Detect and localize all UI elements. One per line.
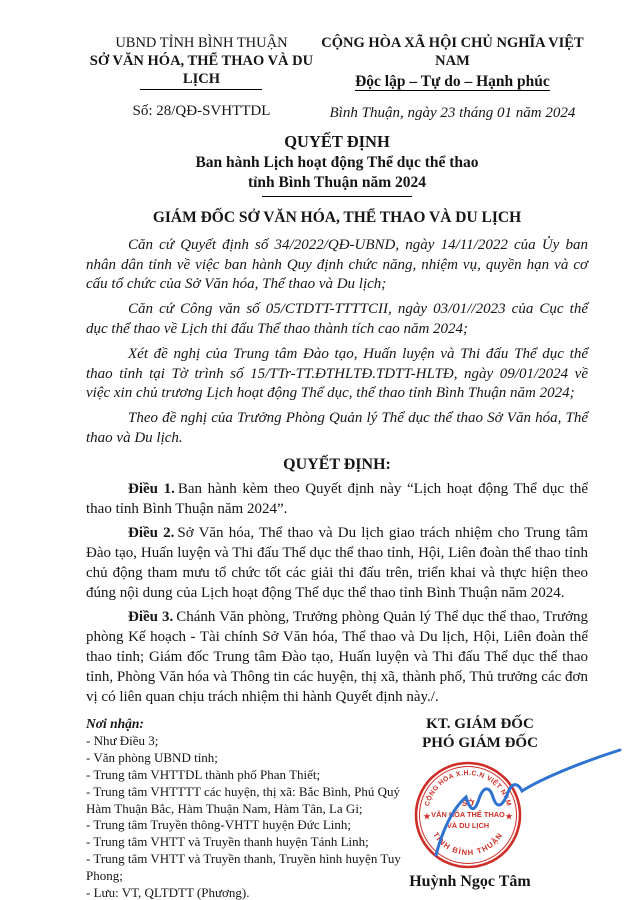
- signer-authority-line: KT. GIÁM ĐỐC: [408, 715, 552, 734]
- preamble-section: Căn cứ Quyết định số 34/2022/QĐ-UBND, ng…: [86, 236, 588, 449]
- place-date-line: Bình Thuận, ngày 23 tháng 01 năm 2024: [317, 105, 588, 122]
- document-number: Số: 28/QĐ-SVHTTDL: [86, 103, 317, 120]
- article-3: Điều 3.Chánh Văn phòng, Trưởng phòng Quả…: [86, 608, 588, 707]
- signer-name: Huỳnh Ngọc Tâm: [398, 873, 542, 891]
- stamp-seal-icon: CỘNG HÒA X.H.C.N VIỆT NAM TỈNH BÌNH THUẬ…: [412, 759, 524, 871]
- document-footer: Nơi nhận: - Như Điều 3; - Văn phòng UBND…: [86, 715, 588, 900]
- national-motto-text: Độc lập – Tự do – Hạnh phúc: [355, 73, 550, 91]
- national-motto: Độc lập – Tự do – Hạnh phúc: [317, 72, 588, 92]
- recipient-item: - Trung tâm VHTTTT các huyện, thị xã: Bắ…: [86, 784, 408, 818]
- stamp-center-line3: VÀ DU LỊCH: [447, 821, 489, 830]
- org-name: SỞ VĂN HÓA, THỂ THAO VÀ DU LỊCH: [86, 52, 317, 88]
- signer-position-line: PHÓ GIÁM ĐỐC: [408, 734, 552, 753]
- recipient-item: - Trung tâm VHTT và Truyền thanh, Truyền…: [86, 851, 408, 885]
- stamp-center-line1: SỞ: [462, 797, 474, 808]
- recipients-block: Nơi nhận: - Như Điều 3; - Văn phòng UBND…: [86, 715, 408, 900]
- article-3-label: Điều 3.: [128, 609, 173, 625]
- stamp-center-line2: VĂN HÓA THỂ THAO: [431, 810, 505, 819]
- document-type-title: QUYẾT ĐỊNH: [86, 131, 588, 152]
- article-2: Điều 2.Sở Văn hóa, Thể thao và Du lịch g…: [86, 524, 588, 603]
- document-page: UBND TỈNH BÌNH THUẬN SỞ VĂN HÓA, THỂ THA…: [0, 0, 636, 900]
- preamble-paragraph: Theo đề nghị của Trưởng Phòng Quản lý Th…: [86, 409, 588, 449]
- decision-heading: QUYẾT ĐỊNH:: [86, 456, 588, 474]
- svg-text:TỈNH BÌNH THUẬN: TỈNH BÌNH THUẬN: [431, 831, 505, 858]
- article-1-label: Điều 1.: [128, 481, 175, 497]
- national-header-block: CỘNG HÒA XÃ HỘI CHỦ NGHĨA VIỆT NAM Độc l…: [317, 34, 588, 122]
- national-title: CỘNG HÒA XÃ HỘI CHỦ NGHĨA VIỆT NAM: [317, 34, 588, 70]
- signature-block: KT. GIÁM ĐỐC PHÓ GIÁM ĐỐC CỘNG HÒA X.H.C…: [408, 715, 588, 900]
- recipient-item: - Văn phòng UBND tỉnh;: [86, 750, 408, 767]
- recipient-item: - Trung tâm VHTTDL thành phố Phan Thiết;: [86, 767, 408, 784]
- document-title-block: QUYẾT ĐỊNH Ban hành Lịch hoạt động Thể d…: [86, 131, 588, 196]
- issuer-title: GIÁM ĐỐC SỞ VĂN HÓA, THỂ THAO VÀ DU LỊCH: [86, 209, 588, 227]
- article-2-label: Điều 2.: [128, 525, 174, 541]
- recipient-item: - Lưu: VT, QLTDTT (Phương).: [86, 885, 408, 900]
- document-subtitle-line2: tỉnh Bình Thuận năm 2024: [86, 173, 588, 193]
- recipient-item: - Như Điều 3;: [86, 733, 408, 750]
- document-header: UBND TỈNH BÌNH THUẬN SỞ VĂN HÓA, THỂ THA…: [86, 34, 588, 122]
- star-icon: ★: [423, 812, 431, 821]
- org-parent-name: UBND TỈNH BÌNH THUẬN: [86, 34, 317, 52]
- recipients-heading: Nơi nhận:: [86, 715, 408, 733]
- article-1: Điều 1.Ban hành kèm theo Quyết định này …: [86, 480, 588, 520]
- document-subtitle-line1: Ban hành Lịch hoạt động Thể dục thể thao: [86, 153, 588, 173]
- stamp-bottom-text: TỈNH BÌNH THUẬN: [431, 831, 505, 858]
- preamble-paragraph: Xét đề nghị của Trung tâm Đào tạo, Huấn …: [86, 345, 588, 404]
- star-icon: ★: [505, 812, 513, 821]
- issuing-org-block: UBND TỈNH BÌNH THUẬN SỞ VĂN HÓA, THỂ THA…: [86, 34, 317, 122]
- recipient-item: - Trung tâm Truyền thông-VHTT huyện Đức …: [86, 817, 408, 834]
- title-underline: [262, 196, 412, 197]
- official-stamp: CỘNG HÒA X.H.C.N VIỆT NAM TỈNH BÌNH THUẬ…: [412, 759, 524, 871]
- org-name-underline: [140, 89, 262, 90]
- recipient-item: - Trung tâm VHTT và Truyền thanh huyện T…: [86, 834, 408, 851]
- preamble-paragraph: Căn cứ Quyết định số 34/2022/QĐ-UBND, ng…: [86, 236, 588, 295]
- preamble-paragraph: Căn cứ Công văn số 05/CTDTT-TTTTCII, ngà…: [86, 300, 588, 340]
